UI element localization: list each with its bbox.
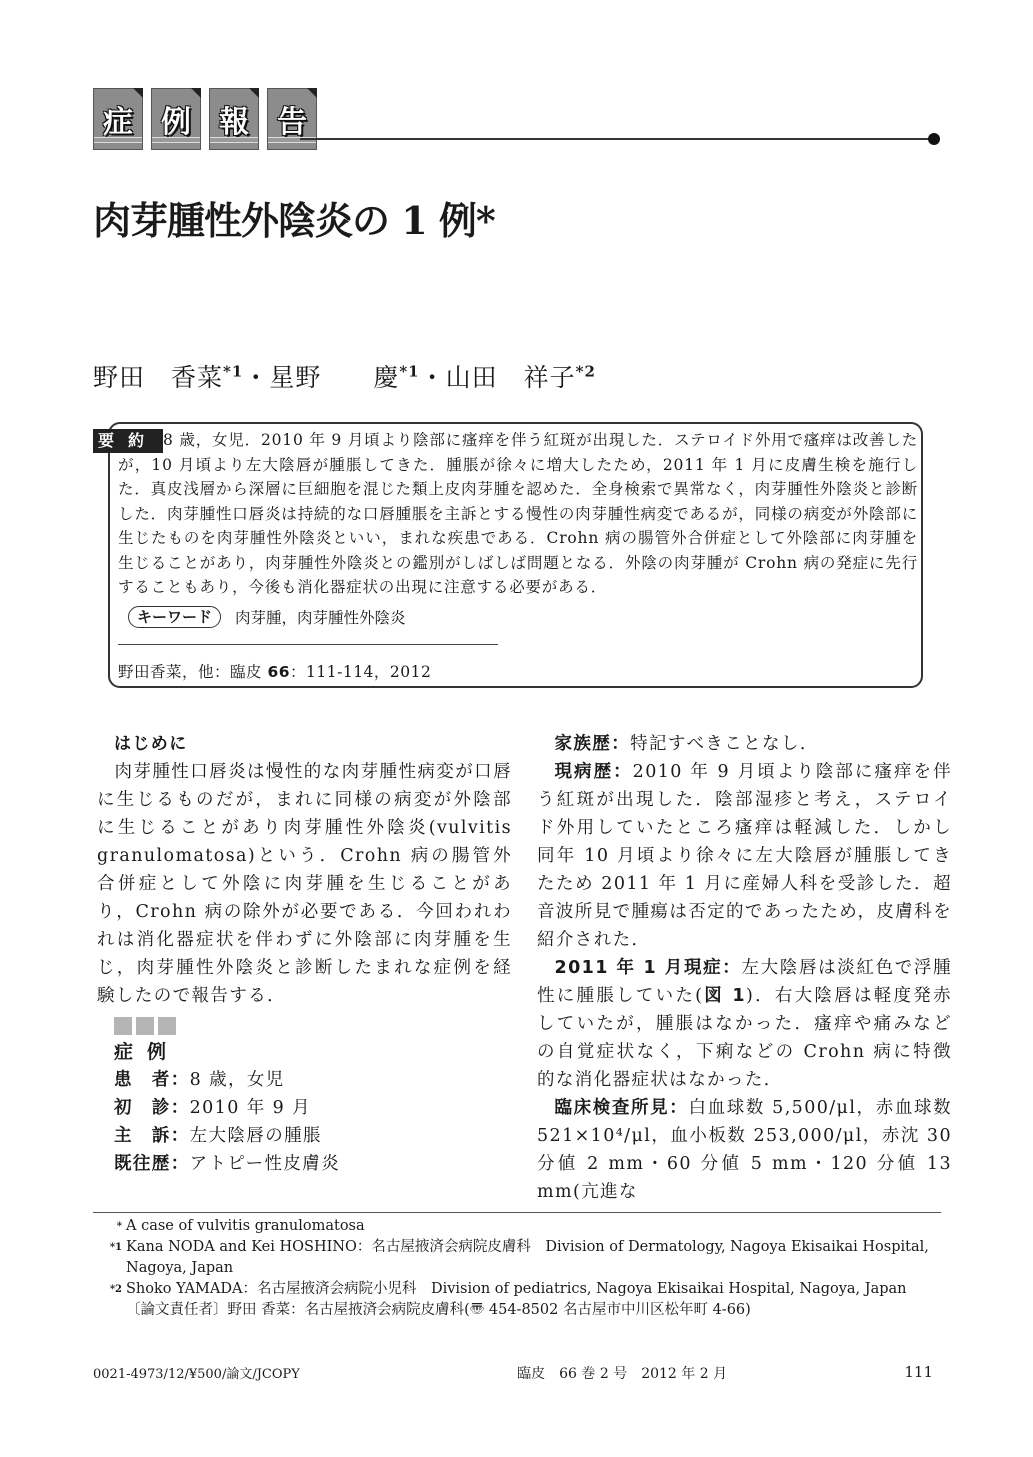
footer-code: 0021-4973/12/¥500/論文/JCOPY	[93, 1363, 300, 1383]
citation-prefix: 野田香菜，他：臨皮	[118, 663, 267, 681]
abstract-text: 8 歳，女児．2010 年 9 月頃より陰部に瘙痒を伴う紅斑が出現した．ステロイ…	[118, 428, 918, 600]
present-status: 2011 年 1 月現症：左大陰唇は淡紅色で浮腫性に腫脹していた(図 1)．右大…	[537, 954, 952, 1094]
section-marker	[97, 1014, 512, 1038]
case-item: 主 訴：左大陰唇の腫脹	[97, 1122, 512, 1150]
section-badge: 告	[267, 88, 317, 150]
keyword-row: キーワード 肉芽腫，肉芽腫性外陰炎	[128, 606, 406, 628]
footnotes: *A case of vulvitis granulomatosa *1Kana…	[100, 1216, 940, 1321]
left-column: はじめに 肉芽腫性口唇炎は慢性的な肉芽腫性病変が口唇に生じるものだが，まれに同様…	[97, 730, 512, 1178]
footnote: 〔論文責任者〕野田 香菜：名古屋掖済会病院皮膚科(〠 454-8502 名古屋市…	[100, 1300, 940, 1321]
intro-heading: はじめに	[97, 730, 512, 758]
lab-findings: 臨床検査所見：白血球数 5,500/μl，赤血球数 521×10⁴/μl，血小板…	[537, 1094, 952, 1206]
section-badges: 症 例 報 告	[93, 88, 317, 150]
affiliation-mark: *2	[576, 363, 596, 381]
citation-suffix: ：111-114，2012	[290, 663, 431, 681]
section-badge: 症	[93, 88, 143, 150]
section-badge: 報	[209, 88, 259, 150]
figure-reference[interactable]: 図 1	[703, 986, 746, 1006]
square-icon	[158, 1017, 176, 1035]
page-footer: 0021-4973/12/¥500/論文/JCOPY 臨皮 66 巻 2 号 2…	[93, 1363, 933, 1383]
footnote: *2Shoko YAMADA：名古屋掖済会病院小児科 Division of p…	[100, 1279, 940, 1300]
family-history: 家族歴：特記すべきことなし．	[537, 730, 952, 758]
intro-paragraph: 肉芽腫性口唇炎は慢性的な肉芽腫性病変が口唇に生じるものだが，まれに同様の病変が外…	[97, 758, 512, 1010]
author-name: 星野 慶	[269, 363, 399, 392]
page-number: 111	[904, 1363, 933, 1383]
footnote-divider	[93, 1212, 941, 1213]
author-name: 野田 香菜	[93, 363, 223, 392]
header-dot-icon	[928, 133, 940, 145]
case-heading: 症例	[97, 1038, 512, 1066]
square-icon	[136, 1017, 154, 1035]
author-separator: ・	[420, 363, 446, 392]
header-rule	[300, 138, 932, 140]
affiliation-mark: *1	[223, 363, 243, 381]
author-separator: ・	[243, 363, 269, 392]
case-item: 既往歴：アトピー性皮膚炎	[97, 1150, 512, 1178]
footnote: *1Kana NODA and Kei HOSHINO：名古屋掖済会病院皮膚科 …	[100, 1237, 940, 1279]
article-title: 肉芽腫性外陰炎の 1 例*	[93, 190, 495, 245]
present-illness: 現病歴：2010 年 9 月頃より陰部に瘙痒を伴う紅斑が出現した．陰部湿疹と考え…	[537, 758, 952, 954]
footnote: *A case of vulvitis granulomatosa	[100, 1216, 940, 1237]
author-name: 山田 祥子	[446, 363, 576, 392]
abstract-divider	[118, 644, 498, 645]
citation: 野田香菜，他：臨皮 66：111-114，2012	[118, 660, 431, 682]
keywords: 肉芽腫，肉芽腫性外陰炎	[235, 606, 406, 628]
footer-journal: 臨皮 66 巻 2 号 2012 年 2 月	[517, 1363, 727, 1383]
case-item: 初 診：2010 年 9 月	[97, 1094, 512, 1122]
square-icon	[114, 1017, 132, 1035]
right-column: 家族歴：特記すべきことなし． 現病歴：2010 年 9 月頃より陰部に瘙痒を伴う…	[537, 730, 952, 1206]
citation-volume: 66	[267, 663, 290, 681]
affiliation-mark: *1	[399, 363, 419, 381]
section-badge: 例	[151, 88, 201, 150]
keyword-label: キーワード	[128, 606, 221, 628]
author-list: 野田 香菜*1・星野 慶*1・山田 祥子*2	[93, 358, 596, 394]
case-item: 患 者：8 歳，女児	[97, 1066, 512, 1094]
